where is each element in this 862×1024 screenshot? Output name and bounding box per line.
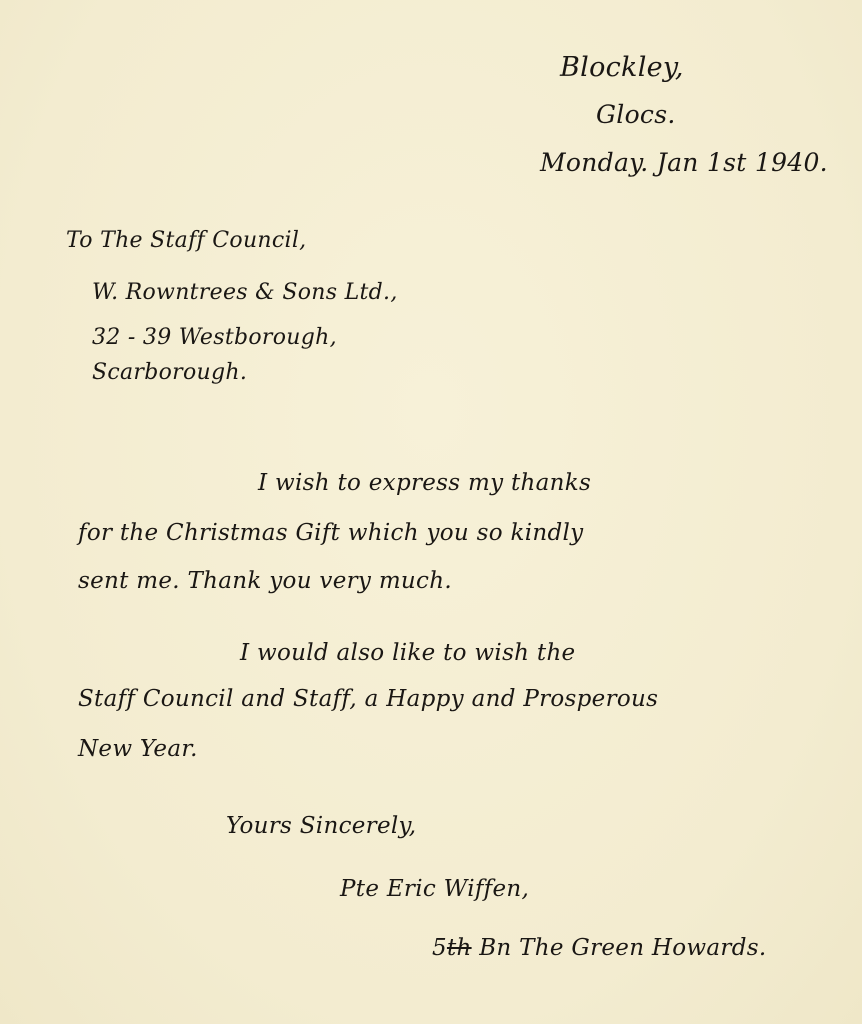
recipient-line-4: Scarborough. (92, 360, 247, 385)
body-paragraph-1-line-3: sent me. Thank you very much. (78, 568, 452, 594)
sender-location-county: Glocs. (596, 100, 676, 129)
recipient-line-3: 32 - 39 Westborough, (92, 325, 337, 350)
recipient-line-2: W. Rowntrees & Sons Ltd., (92, 280, 398, 305)
military-unit: 5th Bn The Green Howards. (432, 935, 766, 961)
unit-struck-text: th (447, 935, 472, 961)
body-paragraph-2-line-2: Staff Council and Staff, a Happy and Pro… (78, 686, 658, 712)
unit-rest: Bn The Green Howards. (472, 935, 767, 961)
sender-location-town: Blockley, (560, 52, 684, 83)
letter-page: Blockley, Glocs. Monday. Jan 1st 1940. T… (0, 0, 862, 1024)
body-paragraph-2-line-3: New Year. (78, 736, 198, 762)
body-paragraph-1-line-1: I wish to express my thanks (258, 470, 591, 496)
unit-prefix: 5 (432, 935, 447, 961)
body-paragraph-1-line-2: for the Christmas Gift which you so kind… (78, 520, 583, 546)
recipient-line-1: To The Staff Council, (66, 228, 306, 253)
signature: Pte Eric Wiffen, (340, 876, 529, 902)
letter-date: Monday. Jan 1st 1940. (540, 148, 828, 177)
valediction: Yours Sincerely, (226, 813, 416, 839)
body-paragraph-2-line-1: I would also like to wish the (240, 640, 575, 666)
